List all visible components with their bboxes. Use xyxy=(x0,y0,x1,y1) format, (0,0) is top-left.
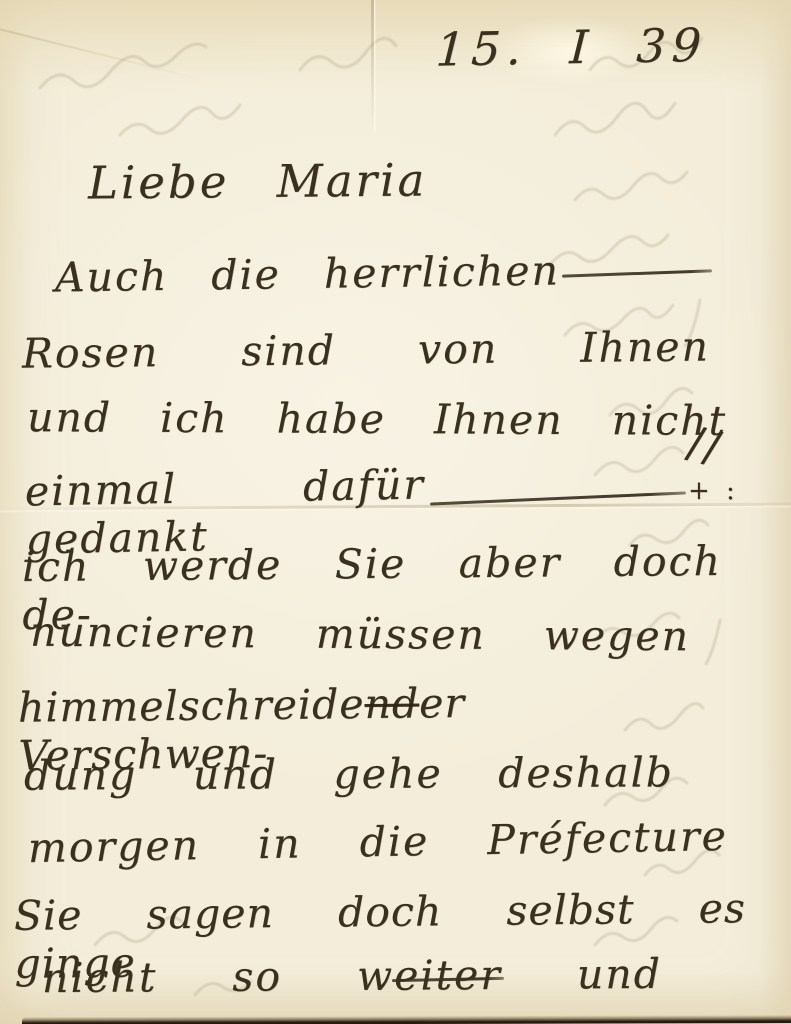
pen-stroke-flourish xyxy=(562,269,712,277)
letter-line: dung und gehe deshalb xyxy=(24,748,674,813)
dash-end-marks: + : xyxy=(688,476,739,506)
letter-line-with-correction: himmelschreidender Verschwen- xyxy=(18,676,721,745)
fold-crease-diagonal xyxy=(0,24,207,82)
letter-line: Auch die herrlichen xyxy=(55,246,561,315)
letter-line: Sie sagen doch selbst es ginge xyxy=(14,884,747,954)
letter-line: einmal dafür gedankt xyxy=(24,461,425,530)
pen-stroke-dash xyxy=(430,491,686,505)
letter-line: und ich habe Ihnen nicht xyxy=(27,393,727,459)
letter-line: nicht so weiter und xyxy=(42,950,662,1016)
struck-text: nd xyxy=(364,679,419,728)
letter-line: Rosen sind von Ihnen xyxy=(22,322,711,391)
line-text-pre: himmelschreide xyxy=(18,680,365,732)
salutation: Liebe Maria xyxy=(88,154,428,210)
letter-line: morgen in die Préfecture xyxy=(28,812,729,886)
letter-line: nuncieren müssen wegen xyxy=(30,608,690,675)
fold-crease-vertical xyxy=(371,0,374,132)
letter-page: 15. I 39 Liebe Maria Auch die herrlichen… xyxy=(0,0,791,1024)
letter-line: ich werde Sie aber doch de- xyxy=(22,537,723,605)
letter-date: 15. I 39 xyxy=(435,17,738,76)
scan-edge-shadow xyxy=(22,1015,791,1024)
